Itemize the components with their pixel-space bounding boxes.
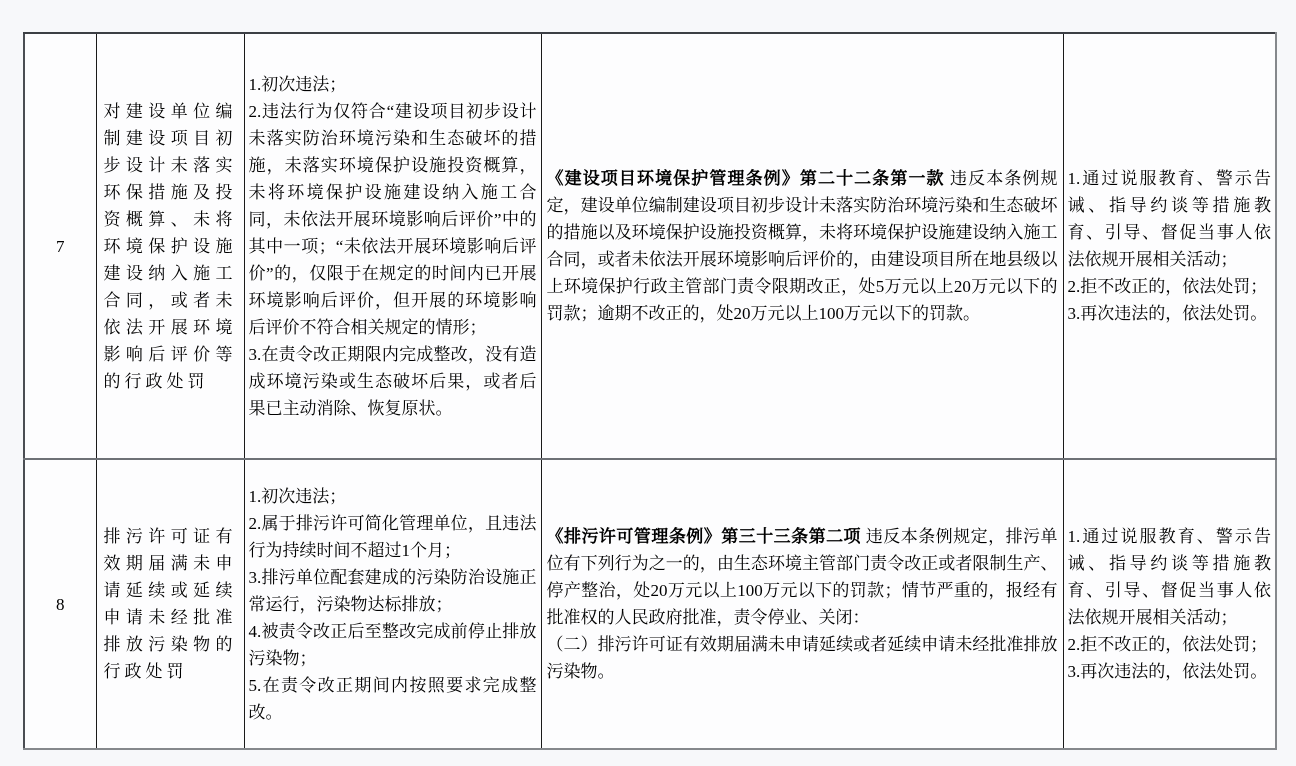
legal-basis-body: 违反本条例规定，建设单位编制建设项目初步设计未落实防治环境污染和生态破坏的措施以… <box>547 169 1058 323</box>
discretion-conditions-cell: 1.初次违法； 2.属于排污许可简化管理单位，且违法行为持续时间不超过1个月； … <box>244 459 541 749</box>
measure-item: 2.拒不改正的，依法处罚； <box>1068 273 1272 300</box>
condition-item: 2.违法行为仅符合“建设项目初步设计未落实防治环境污染和生态破坏的措施，未落实环… <box>249 98 537 341</box>
penalty-item-text: 排污许可证有效期届满未申请延续或延续申请未经批准排放污染物的行政处罚 <box>104 523 237 685</box>
condition-item: 1.初次违法； <box>249 71 537 98</box>
table-row-8: 8 排污许可证有效期届满未申请延续或延续申请未经批准排放污染物的行政处罚 1.初… <box>24 459 1276 749</box>
condition-item: 4.被责令改正后至整改完成前停止排放污染物； <box>249 618 537 672</box>
row-seq-number: 7 <box>56 237 65 256</box>
row-seq-number: 8 <box>56 595 65 614</box>
condition-item: 5.在责令改正期间内按照要求完成整改。 <box>249 672 537 726</box>
penalty-item-cell: 对建设单位编制建设项目初步设计未落实环保措施及投资概算、未将环境保护设施建设纳入… <box>96 33 244 459</box>
condition-item: 3.在责令改正期限内完成整改，没有造成环境污染或生态破坏后果，或者后果已主动消除… <box>249 341 537 422</box>
condition-item: 1.初次违法； <box>249 483 537 510</box>
condition-item: 3.排污单位配套建成的污染防治设施正常运行，污染物达标排放； <box>249 564 537 618</box>
table-row-7: 7 对建设单位编制建设项目初步设计未落实环保措施及投资概算、未将环境保护设施建设… <box>24 33 1276 459</box>
measure-item: 1.通过说服教育、警示告诫、指导约谈等措施教育、引导、督促当事人依法依规开展相关… <box>1068 165 1272 273</box>
measure-item: 1.通过说服教育、警示告诫、指导约谈等措施教育、引导、督促当事人依法依规开展相关… <box>1068 523 1272 631</box>
legal-basis-clause: （二）排污许可证有效期届满未申请延续或者延续申请未经批准排放污染物。 <box>547 631 1058 685</box>
measures-cell: 1.通过说服教育、警示告诫、指导约谈等措施教育、引导、督促当事人依法依规开展相关… <box>1063 33 1276 459</box>
legal-basis-title: 《建设项目环境保护管理条例》第二十二条第一款 <box>547 169 945 188</box>
row-seq-cell: 7 <box>24 33 96 459</box>
measure-item: 3.再次违法的，依法处罚。 <box>1068 300 1272 327</box>
measure-item: 3.再次违法的，依法处罚。 <box>1068 658 1272 685</box>
penalty-item-cell: 排污许可证有效期届满未申请延续或延续申请未经批准排放污染物的行政处罚 <box>96 459 244 749</box>
legal-basis-cell: 《建设项目环境保护管理条例》第二十二条第一款 违反本条例规定，建设单位编制建设项… <box>541 33 1063 459</box>
legal-basis-title: 《排污许可管理条例》第三十三条第二项 <box>547 527 862 546</box>
measure-item: 2.拒不改正的，依法处罚； <box>1068 631 1272 658</box>
row-seq-cell: 8 <box>24 459 96 749</box>
measures-cell: 1.通过说服教育、警示告诫、指导约谈等措施教育、引导、督促当事人依法依规开展相关… <box>1063 459 1276 749</box>
condition-item: 2.属于排污许可简化管理单位，且违法行为持续时间不超过1个月； <box>249 510 537 564</box>
discretion-conditions-cell: 1.初次违法； 2.违法行为仅符合“建设项目初步设计未落实防治环境污染和生态破坏… <box>244 33 541 459</box>
legal-basis-paragraph: 《排污许可管理条例》第三十三条第二项 违反本条例规定，排污单位有下列行为之一的，… <box>547 523 1058 631</box>
legal-basis-cell: 《排污许可管理条例》第三十三条第二项 违反本条例规定，排污单位有下列行为之一的，… <box>541 459 1063 749</box>
legal-basis-paragraph: 《建设项目环境保护管理条例》第二十二条第一款 违反本条例规定，建设单位编制建设项… <box>547 165 1058 327</box>
document-page: 7 对建设单位编制建设项目初步设计未落实环保措施及投资概算、未将环境保护设施建设… <box>0 0 1296 766</box>
penalty-item-text: 对建设单位编制建设项目初步设计未落实环保措施及投资概算、未将环境保护设施建设纳入… <box>104 98 237 395</box>
penalty-discretion-table: 7 对建设单位编制建设项目初步设计未落实环保措施及投资概算、未将环境保护设施建设… <box>23 32 1277 750</box>
